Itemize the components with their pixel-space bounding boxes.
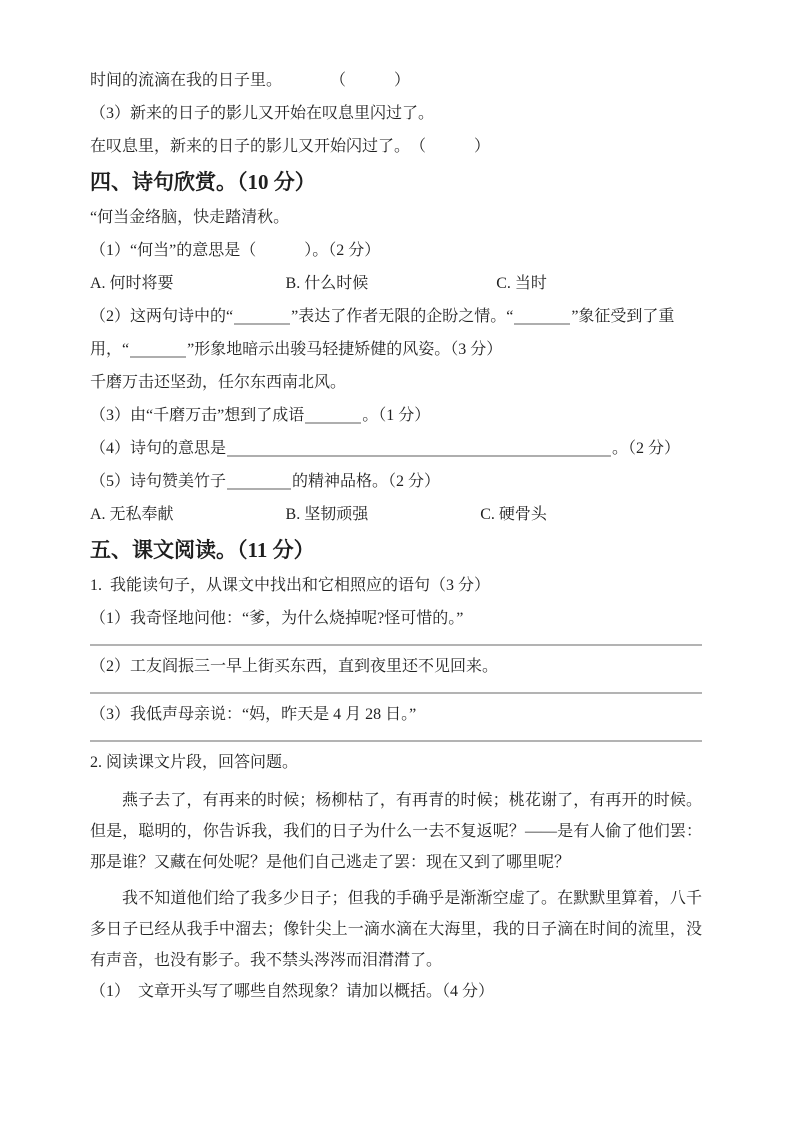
answer-rule-2 <box>90 692 702 694</box>
item-3-original-sentence: （3）新来的日子的影儿又开始在叹息里闪过了。 <box>90 103 702 124</box>
q5-1-item-2: （2）工友阎振三一早上街买东西，直到夜里还不见回来。 <box>90 656 702 677</box>
passage-paragraph-2: 我不知道他们给了我多少日子；但我的手确乎是渐渐空虚了。在默默里算着，八千多日子已… <box>90 883 702 976</box>
answer-blank <box>514 307 570 325</box>
answer-blank <box>227 439 611 457</box>
answer-blank <box>234 307 290 325</box>
q5-1-item-3: （3）我低声母亲说：“妈，昨天是 4 月 28 日。” <box>90 704 702 725</box>
answer-rule-3 <box>90 740 702 742</box>
answer-blank <box>305 406 361 424</box>
answer-blank <box>227 472 291 490</box>
section-5-heading: 五、课文阅读。（11 分） <box>90 537 702 563</box>
q5-1-stem: 1. 我能读句子，从课文中找出和它相照应的语句（3 分） <box>90 575 702 596</box>
q4-2-line-2: 用，“”形象地暗示出骏马轻捷矫健的风姿。（3 分） <box>90 339 702 360</box>
poem-line-2: 千磨万击还坚劲，任尔东西南北风。 <box>90 372 702 393</box>
q4-5-stem: （5）诗句赞美竹子的精神品格。（2 分） <box>90 471 702 492</box>
q5-1-item-1: （1）我奇怪地问他：“爹，为什么烧掉呢?怪可惜的。” <box>90 608 702 629</box>
answer-rule-1 <box>90 644 702 646</box>
q4-1-stem: （1）“何当”的意思是（ ）。（2 分） <box>90 240 702 261</box>
q4-2-line-1: （2）这两句诗中的“”表达了作者无限的企盼之情。“”象征受到了重 <box>90 306 702 327</box>
q5-2-stem: 2. 阅读课文片段，回答问题。 <box>90 752 702 773</box>
item-3-rewritten-sentence: 在叹息里，新来的日子的影儿又开始闪过了。 （ ） <box>90 136 702 157</box>
section-4-heading: 四、诗句欣赏。（10 分） <box>90 169 702 195</box>
q4-1-options: A. 何时将要 B. 什么时候 C. 当时 <box>90 273 702 294</box>
q5-2-question-1: （1） 文章开头写了哪些自然现象？请加以概括。（4 分） <box>90 981 702 1002</box>
test-paper-page: 时间的流滴在我的日子里。 （ ）（3）新来的日子的影儿又开始在叹息里闪过了。在叹… <box>0 0 793 1122</box>
passage-paragraph-1: 燕子去了，有再来的时候；杨柳枯了，有再青的时候；桃花谢了，有再开的时候。但是，聪… <box>90 785 702 878</box>
answer-blank <box>130 340 186 358</box>
q4-4-stem: （4）诗句的意思是。（2 分） <box>90 438 702 459</box>
sentence-time-stream: 时间的流滴在我的日子里。 （ ） <box>90 70 702 91</box>
document-body: 时间的流滴在我的日子里。 （ ）（3）新来的日子的影儿又开始在叹息里闪过了。在叹… <box>90 70 702 1002</box>
q4-3-stem: （3）由“千磨万击”想到了成语。（1 分） <box>90 405 702 426</box>
q4-5-options: A. 无私奉献 B. 坚韧顽强 C. 硬骨头 <box>90 504 702 525</box>
poem-line-1: “何当金络脑，快走踏清秋。 <box>90 207 702 228</box>
